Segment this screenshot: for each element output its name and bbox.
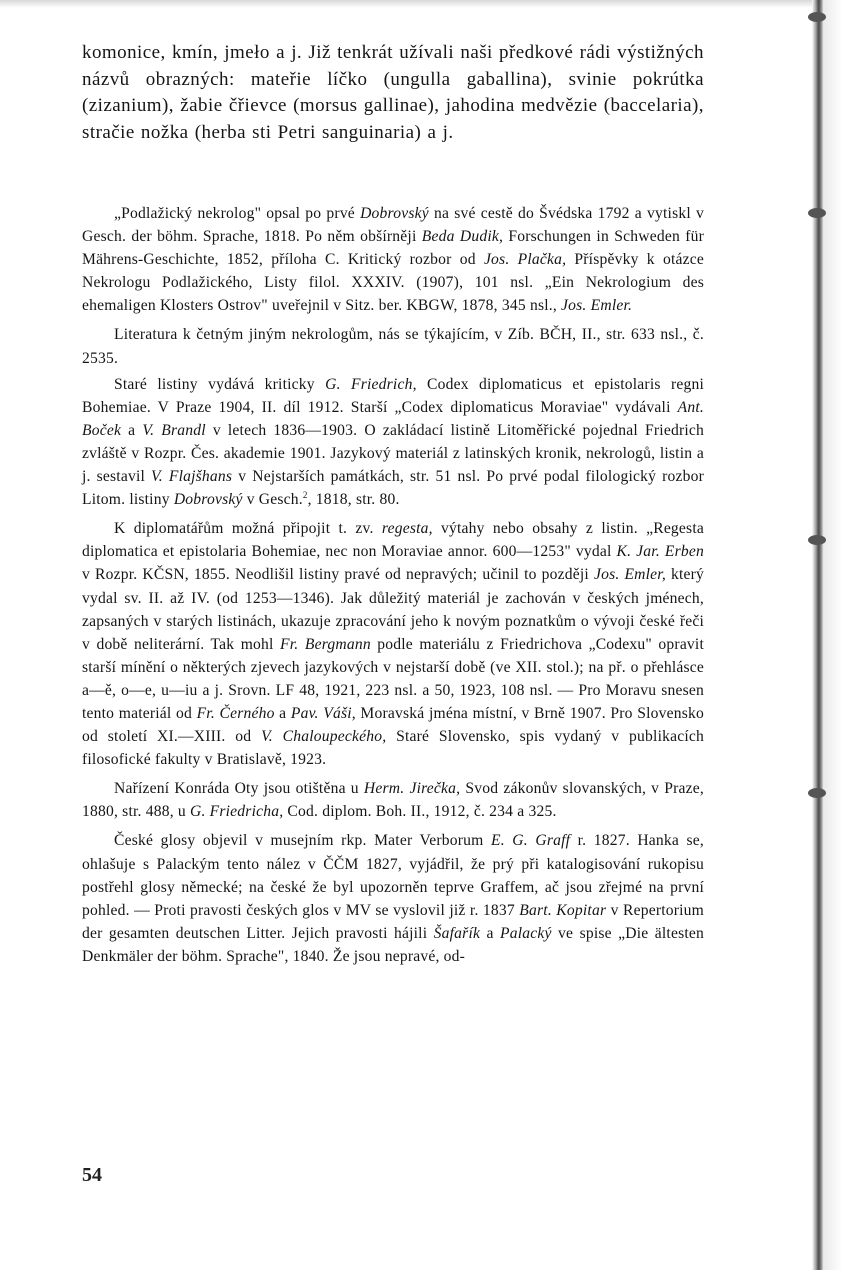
binding-stitch bbox=[808, 535, 826, 545]
italic-name: Beda Dudik, bbox=[422, 228, 503, 245]
book-binding-edge bbox=[812, 0, 824, 1270]
scan-top-shadow bbox=[0, 0, 856, 8]
italic-name: regesta, bbox=[382, 520, 433, 537]
page-number: 54 bbox=[82, 1164, 102, 1187]
italic-name: Jos. Emler. bbox=[561, 297, 632, 314]
note-stare-listiny: Staré listiny vydává kriticky G. Friedri… bbox=[82, 373, 704, 512]
note-podlazicky-nekrolog: „Podlažický nekrolog" opsal po prvé Dobr… bbox=[82, 202, 704, 317]
italic-name: Jos. Plačka, bbox=[484, 251, 566, 268]
note-diplomatare-regesta: K diplomatářům možná připojit t. zv. reg… bbox=[82, 517, 704, 771]
italic-name: K. Jar. Erben bbox=[617, 543, 705, 560]
italic-name: E. G. Graff bbox=[491, 832, 570, 849]
binding-stitch bbox=[808, 788, 826, 798]
main-paragraph-text: komonice, kmín, jmeło a j. Již tenkrát u… bbox=[82, 40, 704, 146]
italic-name: Fr. Černého bbox=[197, 705, 275, 722]
italic-name: Jos. Emler, bbox=[594, 566, 666, 583]
note-literatura-nekrologum: Literatura k četným jiným nekrologům, ná… bbox=[82, 323, 704, 369]
notes-section: „Podlažický nekrolog" opsal po prvé Dobr… bbox=[82, 202, 704, 974]
italic-name: Fr. Bergmann bbox=[280, 636, 371, 653]
note-ceske-glosy: České glosy objevil v musejním rkp. Mate… bbox=[82, 829, 704, 968]
italic-name: G. Friedrich, bbox=[325, 376, 417, 393]
italic-name: Herm. Jirečka, bbox=[364, 780, 460, 797]
italic-name: G. Friedricha, bbox=[190, 803, 283, 820]
superscript-edition: 2 bbox=[303, 490, 308, 500]
italic-name: Palacký bbox=[500, 925, 552, 942]
binding-shadow bbox=[822, 0, 856, 1270]
main-paragraph: komonice, kmín, jmeło a j. Již tenkrát u… bbox=[82, 40, 704, 146]
italic-name: V. Brandl bbox=[142, 422, 205, 439]
italic-name: Dobrovský bbox=[174, 491, 243, 508]
binding-stitch bbox=[808, 12, 826, 22]
note-narizeni-konrada-oty: Nařízení Konráda Oty jsou otištěna u Her… bbox=[82, 777, 704, 823]
italic-name: Šafařík bbox=[434, 925, 480, 942]
italic-name: Dobrovský bbox=[360, 205, 429, 222]
italic-name: V. Chaloupeckého, bbox=[261, 728, 386, 745]
italic-name: Pav. Váši, bbox=[291, 705, 356, 722]
binding-stitch bbox=[808, 208, 826, 218]
italic-name: Bart. Kopitar bbox=[519, 902, 606, 919]
italic-name: V. Flajšhans bbox=[151, 468, 232, 485]
